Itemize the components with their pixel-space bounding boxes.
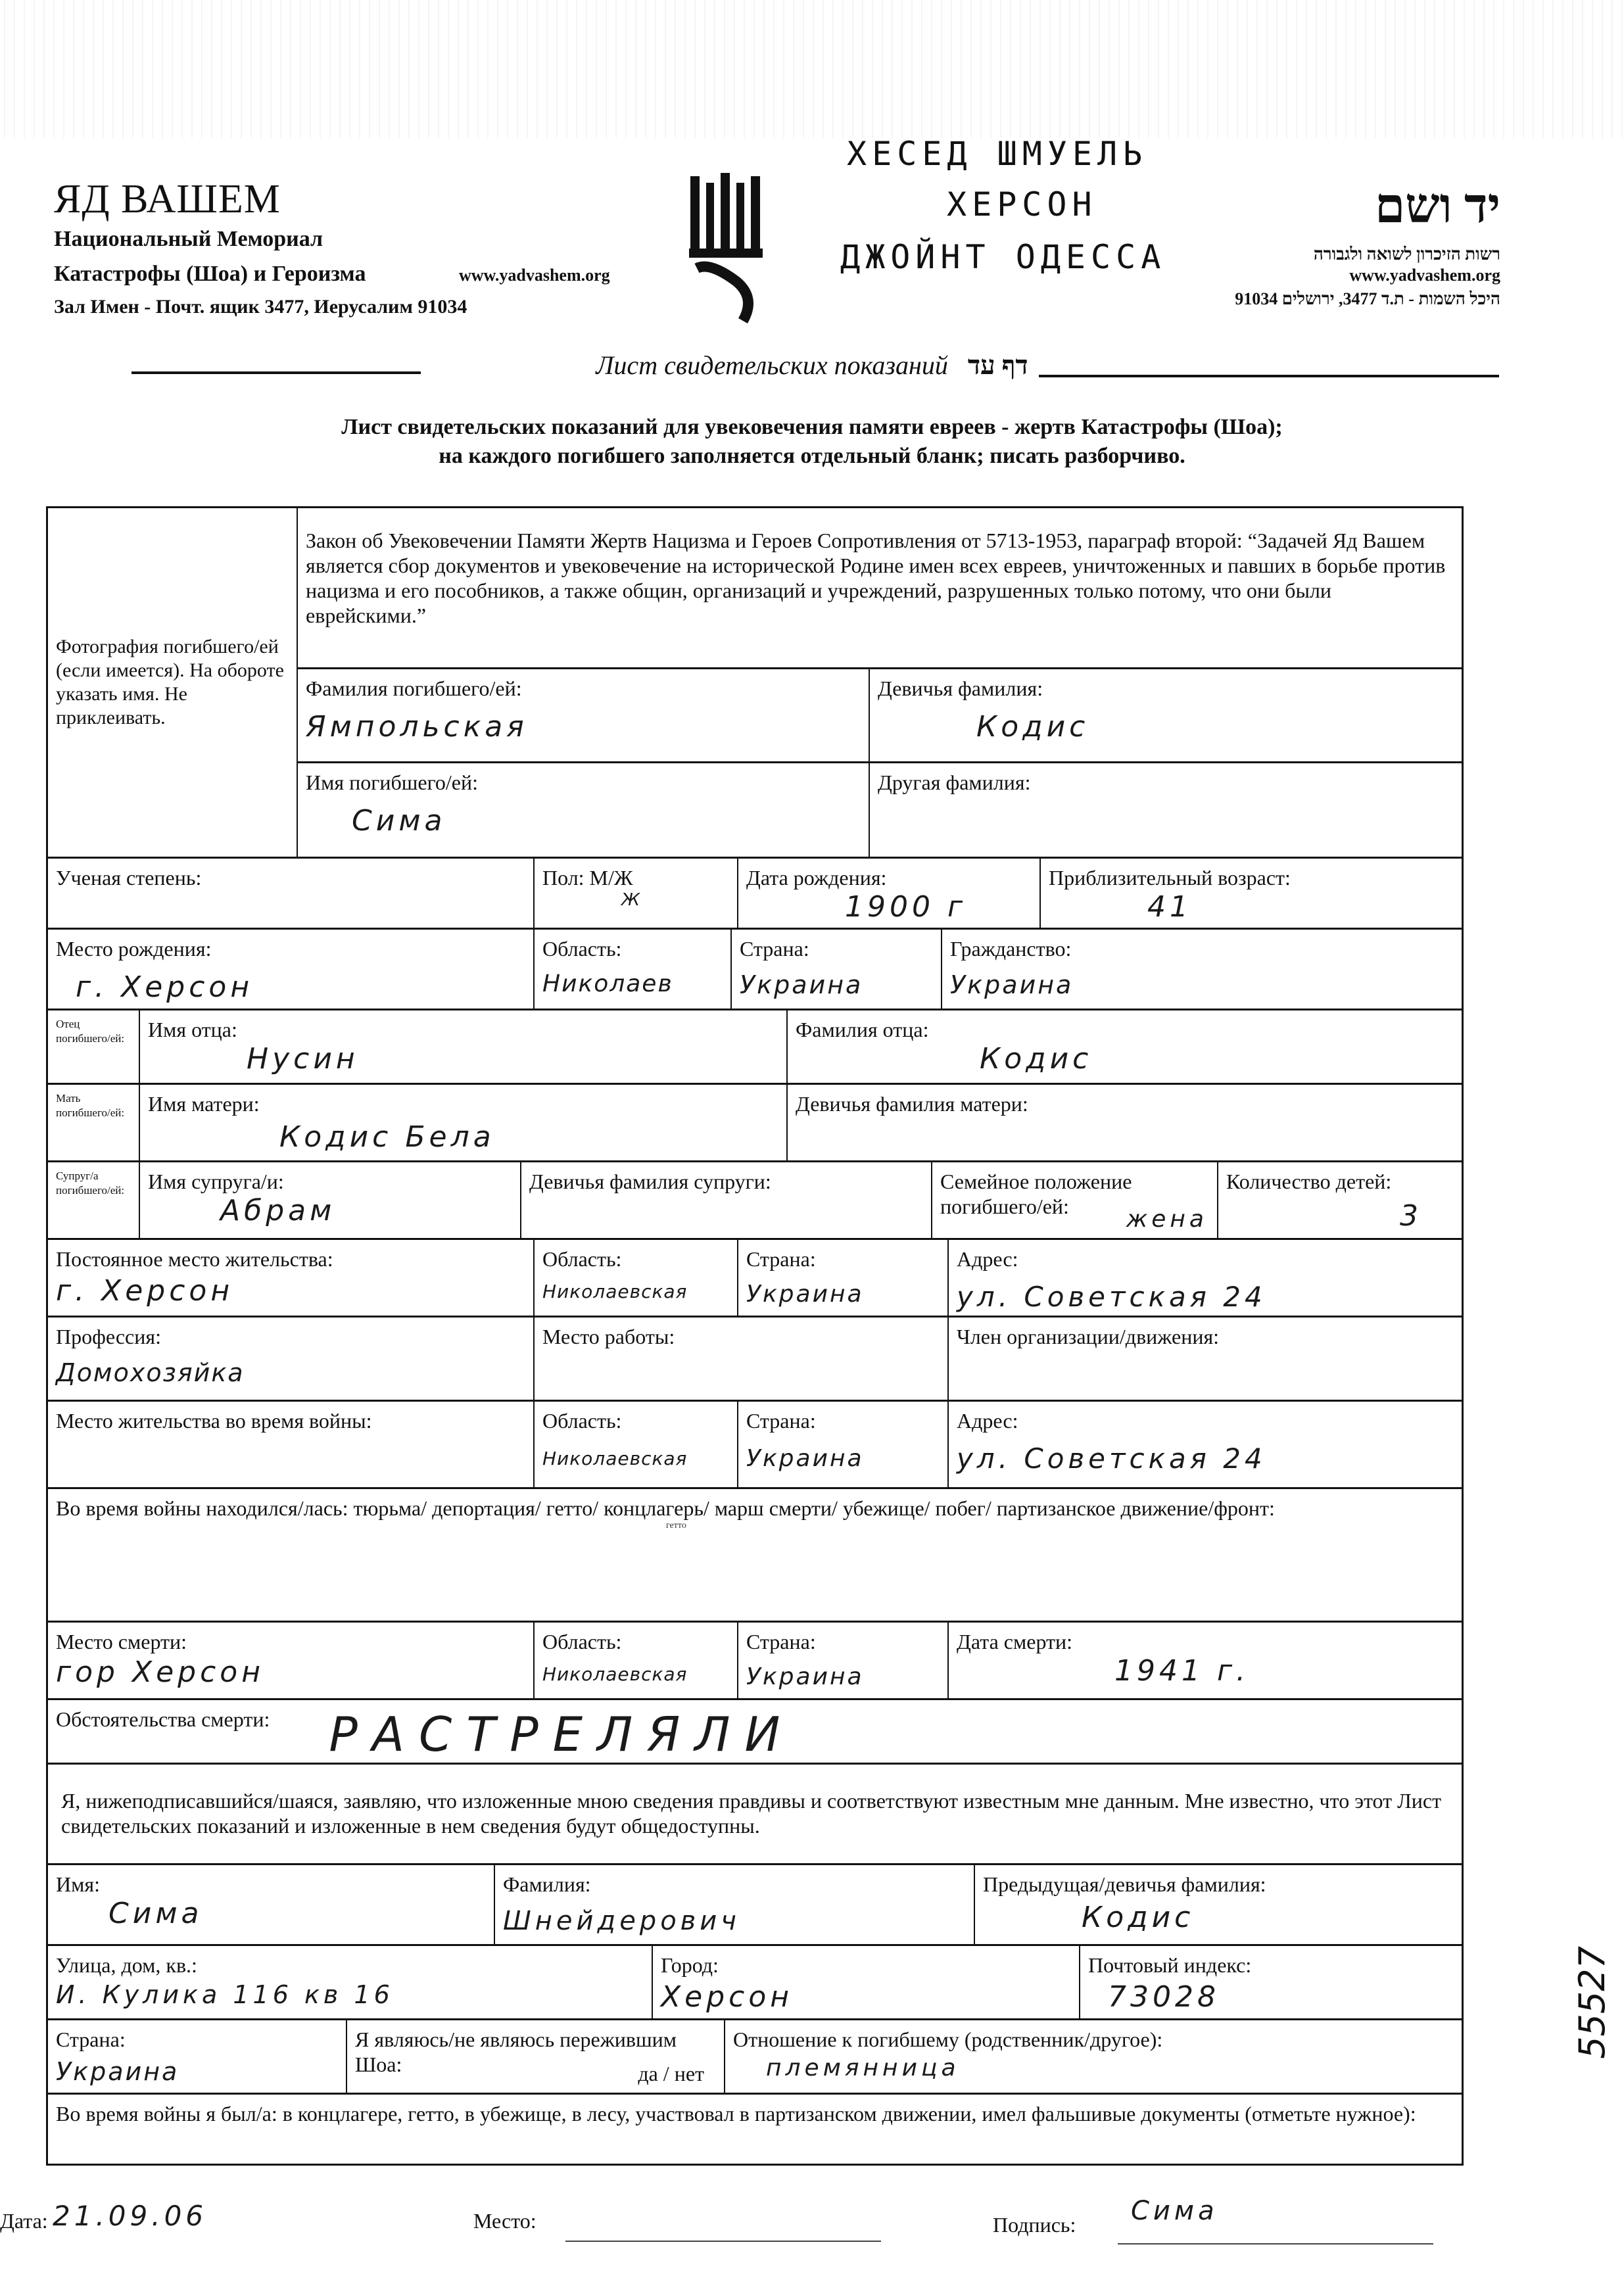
first-name-field[interactable]: Имя погибшего/ей: Сима — [298, 763, 870, 857]
children-count-value: 3 — [1400, 1199, 1422, 1233]
submitter-zip-value: 73028 — [1108, 1980, 1454, 2014]
stamp-line3: ДЖОЙНТ ОДЕССА — [840, 238, 1166, 276]
date-value[interactable]: 21.09.06 — [53, 2200, 207, 2232]
org-url-he: www.yadvashem.org — [1349, 266, 1500, 285]
approx-age-field[interactable]: Приблизительный возраст: 41 — [1041, 859, 1462, 928]
first-name-row: Имя погибшего/ей: Сима Другая фамилия: — [298, 763, 1462, 857]
spouse-maiden-field[interactable]: Девичья фамилия супруги: — [521, 1162, 932, 1238]
submitter-first-name-label: Имя: — [56, 1872, 486, 1897]
submitter-prev-surname-label: Предыдущая/девичья фамилия: — [983, 1872, 1454, 1897]
submitter-surname-field[interactable]: Фамилия: Шнейдерович — [495, 1865, 975, 1944]
war-address-field[interactable]: Адрес: ул. Советская 24 — [949, 1402, 1462, 1487]
birth-date-value: 1900 г — [845, 890, 1032, 924]
residence-region-field[interactable]: Область: Николаевская — [535, 1240, 738, 1316]
profession-field[interactable]: Профессия: Домохозяйка — [48, 1318, 535, 1400]
submitter-status-row: Страна: Украина Я являюсь/не являюсь пер… — [48, 2020, 1462, 2095]
death-country-label: Страна: — [746, 1629, 940, 1654]
spouse-name-value: Абрам — [220, 1194, 512, 1227]
surname-row: Фамилия погибшего/ей: Ямпольская Девичья… — [298, 669, 1462, 763]
profession-row: Профессия: Домохозяйка Место работы: Чле… — [48, 1318, 1462, 1402]
father-surname-value: Кодис — [980, 1042, 1454, 1076]
approx-age-label: Приблизительный возраст: — [1049, 865, 1454, 890]
death-date-label: Дата смерти: — [957, 1629, 1454, 1654]
war-country-label: Страна: — [746, 1408, 940, 1433]
war-address-value: ул. Советская 24 — [957, 1442, 1454, 1475]
war-residence-field[interactable]: Место жительства во время войны: — [48, 1402, 535, 1487]
submitter-prev-surname-field[interactable]: Предыдущая/девичья фамилия: Кодис — [975, 1865, 1462, 1944]
father-row: Отец погибшего/ей: Имя отца: Нусин Фамил… — [48, 1010, 1462, 1085]
submitter-zip-label: Почтовый индекс: — [1088, 1953, 1454, 1978]
submitter-city-label: Город: — [661, 1953, 1071, 1978]
sheet-title-ru: Лист свидетельских показаний — [596, 350, 947, 380]
date-label: Дата: — [0, 2209, 48, 2233]
spouse-name-label: Имя супруга/и: — [148, 1169, 512, 1194]
spouse-side-label: Супруг/а погибшего/ей: — [56, 1169, 131, 1198]
surname-field[interactable]: Фамилия погибшего/ей: Ямпольская — [298, 669, 870, 761]
law-text: Закон об Увековечении Памяти Жертв Нациз… — [306, 529, 1445, 627]
signature-value[interactable]: Сима — [1131, 2196, 1218, 2226]
mother-name-value: Кодис Бела — [279, 1120, 778, 1154]
submitter-war-label: Во время войны я был/а: в концлагере, ге… — [56, 2101, 1454, 2126]
birth-country-label: Страна: — [740, 936, 933, 961]
submitter-surname-label: Фамилия: — [503, 1872, 966, 1897]
submitter-war-row: Во время войны я был/а: в концлагере, ге… — [48, 2095, 1462, 2166]
marital-status-field[interactable]: Семейное положение погибшего/ей: жена — [932, 1162, 1218, 1238]
org-address-ru: Зал Имен - Почт. ящик 3477, Иерусалим 91… — [54, 296, 467, 318]
org-url-ru: www.yadvashem.org — [459, 266, 610, 285]
marital-status-value: жена — [1126, 1206, 1208, 1233]
declaration-box: Я, нижеподписавшийся/шаяся, заявляю, что… — [48, 1765, 1462, 1863]
residence-value: г. Херсон — [56, 1274, 525, 1308]
residence-label: Постоянное место жительства: — [56, 1247, 525, 1271]
death-region-label: Область: — [542, 1629, 729, 1654]
org-title-he: יד ושם — [1375, 179, 1500, 235]
submitter-name-row: Имя: Сима Фамилия: Шнейдерович Предыдуща… — [48, 1865, 1462, 1946]
citizenship-value: Украина — [950, 970, 1454, 999]
mother-maiden-field[interactable]: Девичья фамилия матери: — [788, 1085, 1462, 1160]
mother-side-label: Мать погибшего/ей: — [56, 1091, 131, 1120]
residence-country-value: Украина — [746, 1281, 940, 1308]
submitter-city-value: Херсон — [661, 1980, 1071, 2014]
residence-region-value: Николаевская — [542, 1281, 729, 1302]
other-surname-field[interactable]: Другая фамилия: — [870, 763, 1462, 857]
death-place-field[interactable]: Место смерти: гор Херсон — [48, 1623, 535, 1698]
place-label: Место: — [473, 2209, 537, 2233]
photo-note: Фотография погибшего/ей (если имеется). … — [56, 635, 289, 730]
survivor-options[interactable]: да / нет — [638, 2061, 704, 2086]
residence-country-field[interactable]: Страна: Украина — [738, 1240, 949, 1316]
residence-country-label: Страна: — [746, 1247, 940, 1271]
org-line1-he: רשות הזיכרון לשואה ולגבורה — [1314, 245, 1500, 264]
father-name-value: Нусин — [247, 1042, 778, 1076]
death-place-row: Место смерти: гор Херсон Область: Никола… — [48, 1623, 1462, 1700]
war-region-field[interactable]: Область: Николаевская — [535, 1402, 738, 1487]
birth-region-field[interactable]: Область: Николаев — [535, 930, 732, 1009]
birth-place-row: Место рождения: г. Херсон Область: Никол… — [48, 930, 1462, 1010]
death-circumstances-field[interactable]: Обстоятельства смерти: РАСТРЕЛЯЛИ — [48, 1700, 1462, 1763]
mother-row: Мать погибшего/ей: Имя матери: Кодис Бел… — [48, 1085, 1462, 1162]
degree-label: Ученая степень: — [56, 865, 525, 890]
war-country-value: Украина — [746, 1445, 940, 1472]
citizenship-label: Гражданство: — [950, 936, 1454, 961]
signature-line — [1118, 2243, 1433, 2244]
submitter-first-name-field[interactable]: Имя: Сима — [48, 1865, 495, 1944]
father-name-field[interactable]: Имя отца: Нусин — [140, 1010, 788, 1083]
birth-place-label: Место рождения: — [56, 936, 525, 961]
submitter-street-label: Улица, дом, кв.: — [56, 1953, 644, 1978]
war-status-field[interactable]: Во время войны находился/лась: тюрьма/ д… — [48, 1489, 1462, 1621]
death-place-label: Место смерти: — [56, 1629, 525, 1654]
residence-address-label: Адрес: — [957, 1247, 1454, 1271]
birth-country-field[interactable]: Страна: Украина — [732, 930, 942, 1009]
death-circumstances-row: Обстоятельства смерти: РАСТРЕЛЯЛИ — [48, 1700, 1462, 1765]
residence-address-field[interactable]: Адрес: ул. Советская 24 — [949, 1240, 1462, 1316]
father-surname-label: Фамилия отца: — [796, 1017, 1454, 1042]
names-block: Закон об Увековечении Памяти Жертв Нациз… — [298, 508, 1462, 857]
maiden-name-label: Девичья фамилия: — [878, 676, 1454, 701]
testimony-form: Фотография погибшего/ей (если имеется). … — [46, 506, 1464, 2166]
death-date-field[interactable]: Дата смерти: 1941 г. — [949, 1623, 1462, 1698]
birth-country-value: Украина — [740, 970, 933, 999]
war-region-label: Область: — [542, 1408, 729, 1433]
father-name-label: Имя отца: — [148, 1017, 778, 1042]
submitter-street-field[interactable]: Улица, дом, кв.: И. Кулика 116 кв 16 — [48, 1946, 653, 2018]
death-place-value: гор Херсон — [56, 1655, 525, 1689]
degree-row: Ученая степень: Пол: М/Ж Ж Дата рождения… — [48, 859, 1462, 930]
approx-age-value: 41 — [1147, 890, 1454, 924]
relation-value: племянница — [766, 2054, 1454, 2081]
archive-number: 55527 — [1571, 1946, 1613, 2059]
death-region-value: Николаевская — [542, 1663, 729, 1685]
war-region-value: Николаевская — [542, 1448, 729, 1469]
maiden-name-value: Кодис — [976, 710, 1454, 744]
war-country-field[interactable]: Страна: Украина — [738, 1402, 949, 1487]
children-count-label: Количество детей: — [1226, 1169, 1454, 1194]
citizenship-field[interactable]: Гражданство: Украина — [942, 930, 1462, 1009]
org-line1-ru: Национальный Мемориал — [54, 227, 323, 252]
mother-side-label-cell: Мать погибшего/ей: — [48, 1085, 140, 1160]
death-circumstances-value: РАСТРЕЛЯЛИ — [329, 1707, 794, 1762]
first-name-label: Имя погибшего/ей: — [306, 770, 861, 795]
submitter-country-field[interactable]: Страна: Украина — [48, 2020, 347, 2093]
birth-region-label: Область: — [542, 936, 723, 961]
submitter-address-row: Улица, дом, кв.: И. Кулика 116 кв 16 Гор… — [48, 1946, 1462, 2020]
membership-label: Член организации/движения: — [957, 1324, 1454, 1349]
birth-region-value: Николаев — [542, 970, 723, 997]
law-box: Закон об Увековечении Памяти Жертв Нациз… — [298, 508, 1462, 669]
gender-field[interactable]: Пол: М/Ж Ж — [535, 859, 738, 928]
submitter-zip-field[interactable]: Почтовый индекс: 73028 — [1080, 1946, 1462, 2018]
maiden-name-field[interactable]: Девичья фамилия: Кодис — [870, 669, 1462, 761]
intro-line2: на каждого погибшего заполняется отдельн… — [0, 442, 1624, 471]
war-status-label: Во время войны находился/лась: тюрьма/ д… — [56, 1496, 1454, 1521]
degree-field[interactable]: Ученая степень: — [48, 859, 535, 928]
survivor-field[interactable]: Я являюсь/не являюсь пережившим Шоа: да … — [347, 2020, 725, 2093]
gender-label: Пол: М/Ж — [542, 865, 729, 890]
stamp-line1: ХЕСЕД ШМУЕЛЬ — [847, 135, 1147, 173]
birth-date-label: Дата рождения: — [746, 865, 1032, 890]
profession-value: Домохозяйка — [56, 1358, 525, 1387]
war-residence-row: Место жительства во время войны: Область… — [48, 1402, 1462, 1489]
spouse-maiden-label: Девичья фамилия супруги: — [529, 1169, 923, 1194]
profession-label: Профессия: — [56, 1324, 525, 1349]
war-status-selected-mark: гетто — [666, 1521, 686, 1531]
surname-label: Фамилия погибшего/ей: — [306, 676, 861, 701]
father-surname-field[interactable]: Фамилия отца: Кодис — [788, 1010, 1462, 1083]
first-name-value: Сима — [352, 804, 861, 838]
residence-field[interactable]: Постоянное место жительства: г. Херсон — [48, 1240, 535, 1316]
submitter-war-field[interactable]: Во время войны я был/а: в концлагере, ге… — [48, 2095, 1462, 2164]
other-surname-label: Другая фамилия: — [878, 770, 1454, 795]
birth-place-field[interactable]: Место рождения: г. Херсон — [48, 930, 535, 1009]
stamp-line2: ХЕРСОН — [947, 185, 1097, 224]
residence-address-value: ул. Советская 24 — [957, 1281, 1454, 1313]
war-residence-label: Место жительства во время войны: — [56, 1408, 525, 1433]
father-side-label: Отец погибшего/ей: — [56, 1017, 131, 1046]
mother-maiden-label: Девичья фамилия матери: — [796, 1091, 1454, 1116]
intro-line1: Лист свидетельских показаний для увекове… — [0, 413, 1624, 442]
spouse-side-label-cell: Супруг/а погибшего/ей: — [48, 1162, 140, 1238]
photo-box: Фотография погибшего/ей (если имеется). … — [48, 508, 298, 857]
submitter-country-label: Страна: — [56, 2027, 338, 2052]
submitter-first-name-value: Сима — [108, 1897, 486, 1930]
place-line[interactable] — [565, 2241, 881, 2242]
birth-date-field[interactable]: Дата рождения: 1900 г — [738, 859, 1041, 928]
death-country-field[interactable]: Страна: Украина — [738, 1623, 949, 1698]
mother-name-label: Имя матери: — [148, 1091, 778, 1116]
birth-place-value: г. Херсон — [76, 970, 525, 1004]
submitter-street-value: И. Кулика 116 кв 16 — [56, 1980, 644, 2009]
org-address-he: היכל השמות - ת.ד 3477, ירושלים 91034 — [1235, 289, 1500, 309]
scan-noise — [0, 0, 1624, 138]
relation-label: Отношение к погибшему (родственник/друго… — [733, 2027, 1454, 2052]
workplace-field[interactable]: Место работы: — [535, 1318, 949, 1400]
declaration-text: Я, нижеподписавшийся/шаяся, заявляю, что… — [61, 1788, 1448, 1838]
death-date-value: 1941 г. — [1114, 1654, 1454, 1688]
menorah-logo-icon — [684, 170, 776, 327]
surname-value: Ямпольская — [306, 710, 861, 744]
footer: Дата: 21.09.06 Место: Подпись: Сима — [0, 2209, 1460, 2248]
sheet-title-he: דף עד — [968, 350, 1028, 380]
relation-field[interactable]: Отношение к погибшему (родственник/друго… — [725, 2020, 1462, 2093]
mother-name-field[interactable]: Имя матери: Кодис Бела — [140, 1085, 788, 1160]
war-status-row: Во время войны находился/лась: тюрьма/ д… — [48, 1489, 1462, 1623]
workplace-label: Место работы: — [542, 1324, 940, 1349]
death-country-value: Украина — [746, 1663, 940, 1690]
residence-region-label: Область: — [542, 1247, 729, 1271]
spouse-name-field[interactable]: Имя супруга/и: Абрам — [140, 1162, 521, 1238]
death-circumstances-label: Обстоятельства смерти: — [56, 1707, 270, 1732]
residence-row: Постоянное место жительства: г. Херсон О… — [48, 1240, 1462, 1318]
top-block: Фотография погибшего/ей (если имеется). … — [48, 508, 1462, 859]
title-rule-right — [1039, 375, 1499, 377]
org-line2-ru: Катастрофы (Шоа) и Героизма — [54, 262, 366, 287]
intro-text: Лист свидетельских показаний для увекове… — [0, 413, 1624, 471]
submitter-prev-surname-value: Кодис — [1082, 1901, 1454, 1934]
submitter-country-value: Украина — [56, 2057, 338, 2086]
war-address-label: Адрес: — [957, 1408, 1454, 1433]
gender-value: Ж — [621, 890, 729, 910]
declaration-row: Я, нижеподписавшийся/шаяся, заявляю, что… — [48, 1765, 1462, 1865]
org-title-ru: ЯД ВАШЕМ — [54, 176, 281, 223]
membership-field[interactable]: Член организации/движения: — [949, 1318, 1462, 1400]
submitter-city-field[interactable]: Город: Херсон — [653, 1946, 1080, 2018]
children-count-field[interactable]: Количество детей: 3 — [1218, 1162, 1462, 1238]
father-side-label-cell: Отец погибшего/ей: — [48, 1010, 140, 1083]
submitter-surname-value: Шнейдерович — [503, 1906, 966, 1936]
signature-label: Подпись: — [993, 2213, 1076, 2237]
spouse-row: Супруг/а погибшего/ей: Имя супруга/и: Аб… — [48, 1162, 1462, 1240]
death-region-field[interactable]: Область: Николаевская — [535, 1623, 738, 1698]
